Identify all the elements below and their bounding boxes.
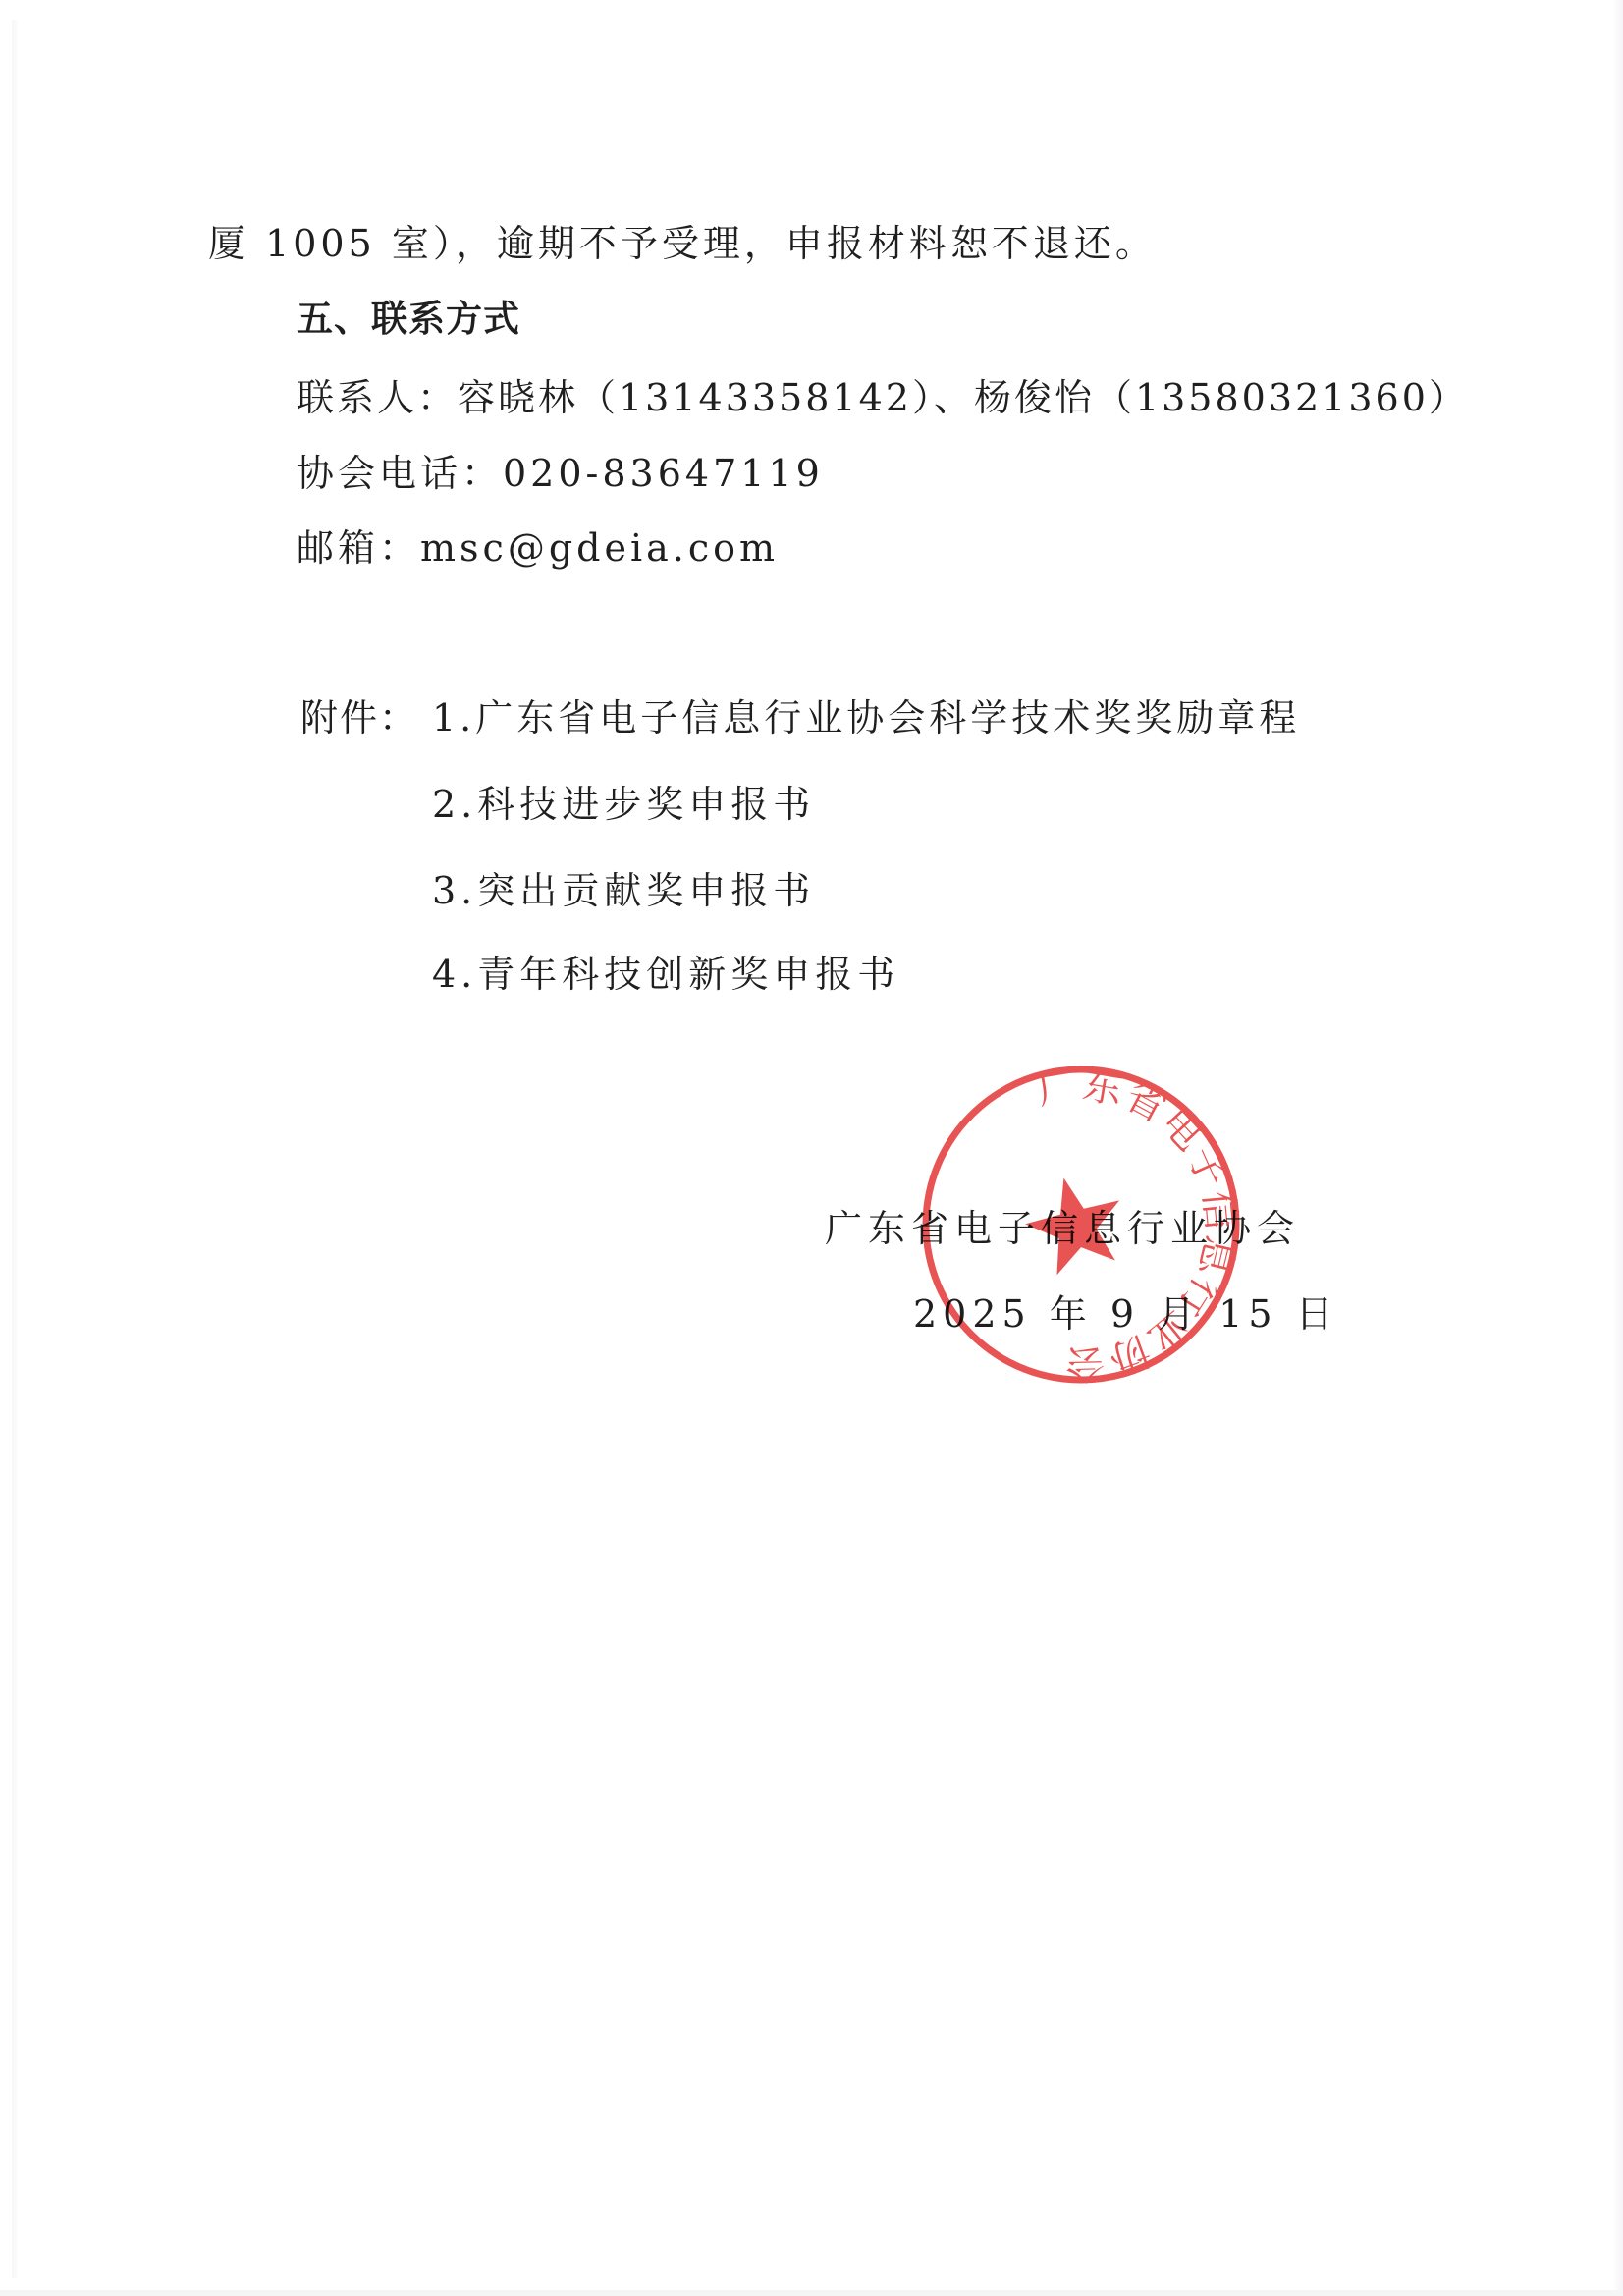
association-phone-line: 协会电话：020-83647119 [297, 452, 824, 495]
scan-edge-bottom [0, 2290, 1623, 2296]
contact-persons-line: 联系人：容晓林（13143358142）、杨俊怡（13580321360） [297, 376, 1469, 419]
attachment-item: 3.突出贡献奖申报书 [432, 869, 815, 912]
signature-organization: 广东省电子信息行业协会 [825, 1207, 1300, 1250]
attachments-label: 附件： [300, 696, 418, 739]
scan-edge-right [1613, 0, 1623, 2296]
scan-edge-left [12, 20, 18, 2278]
signature-date: 2025 年 9 月 15 日 [913, 1292, 1339, 1336]
attachment-item: 1.广东省电子信息行业协会科学技术奖奖励章程 [432, 696, 1300, 739]
attachment-item: 2.科技进步奖申报书 [432, 783, 815, 826]
attachment-item: 4.青年科技创新奖申报书 [432, 953, 899, 996]
email-line: 邮箱：msc@gdeia.com [297, 526, 779, 570]
section-heading-contact: 五、联系方式 [297, 298, 520, 341]
body-continuation-line: 厦 1005 室），逾期不予受理，申报材料恕不退还。 [208, 222, 1157, 265]
